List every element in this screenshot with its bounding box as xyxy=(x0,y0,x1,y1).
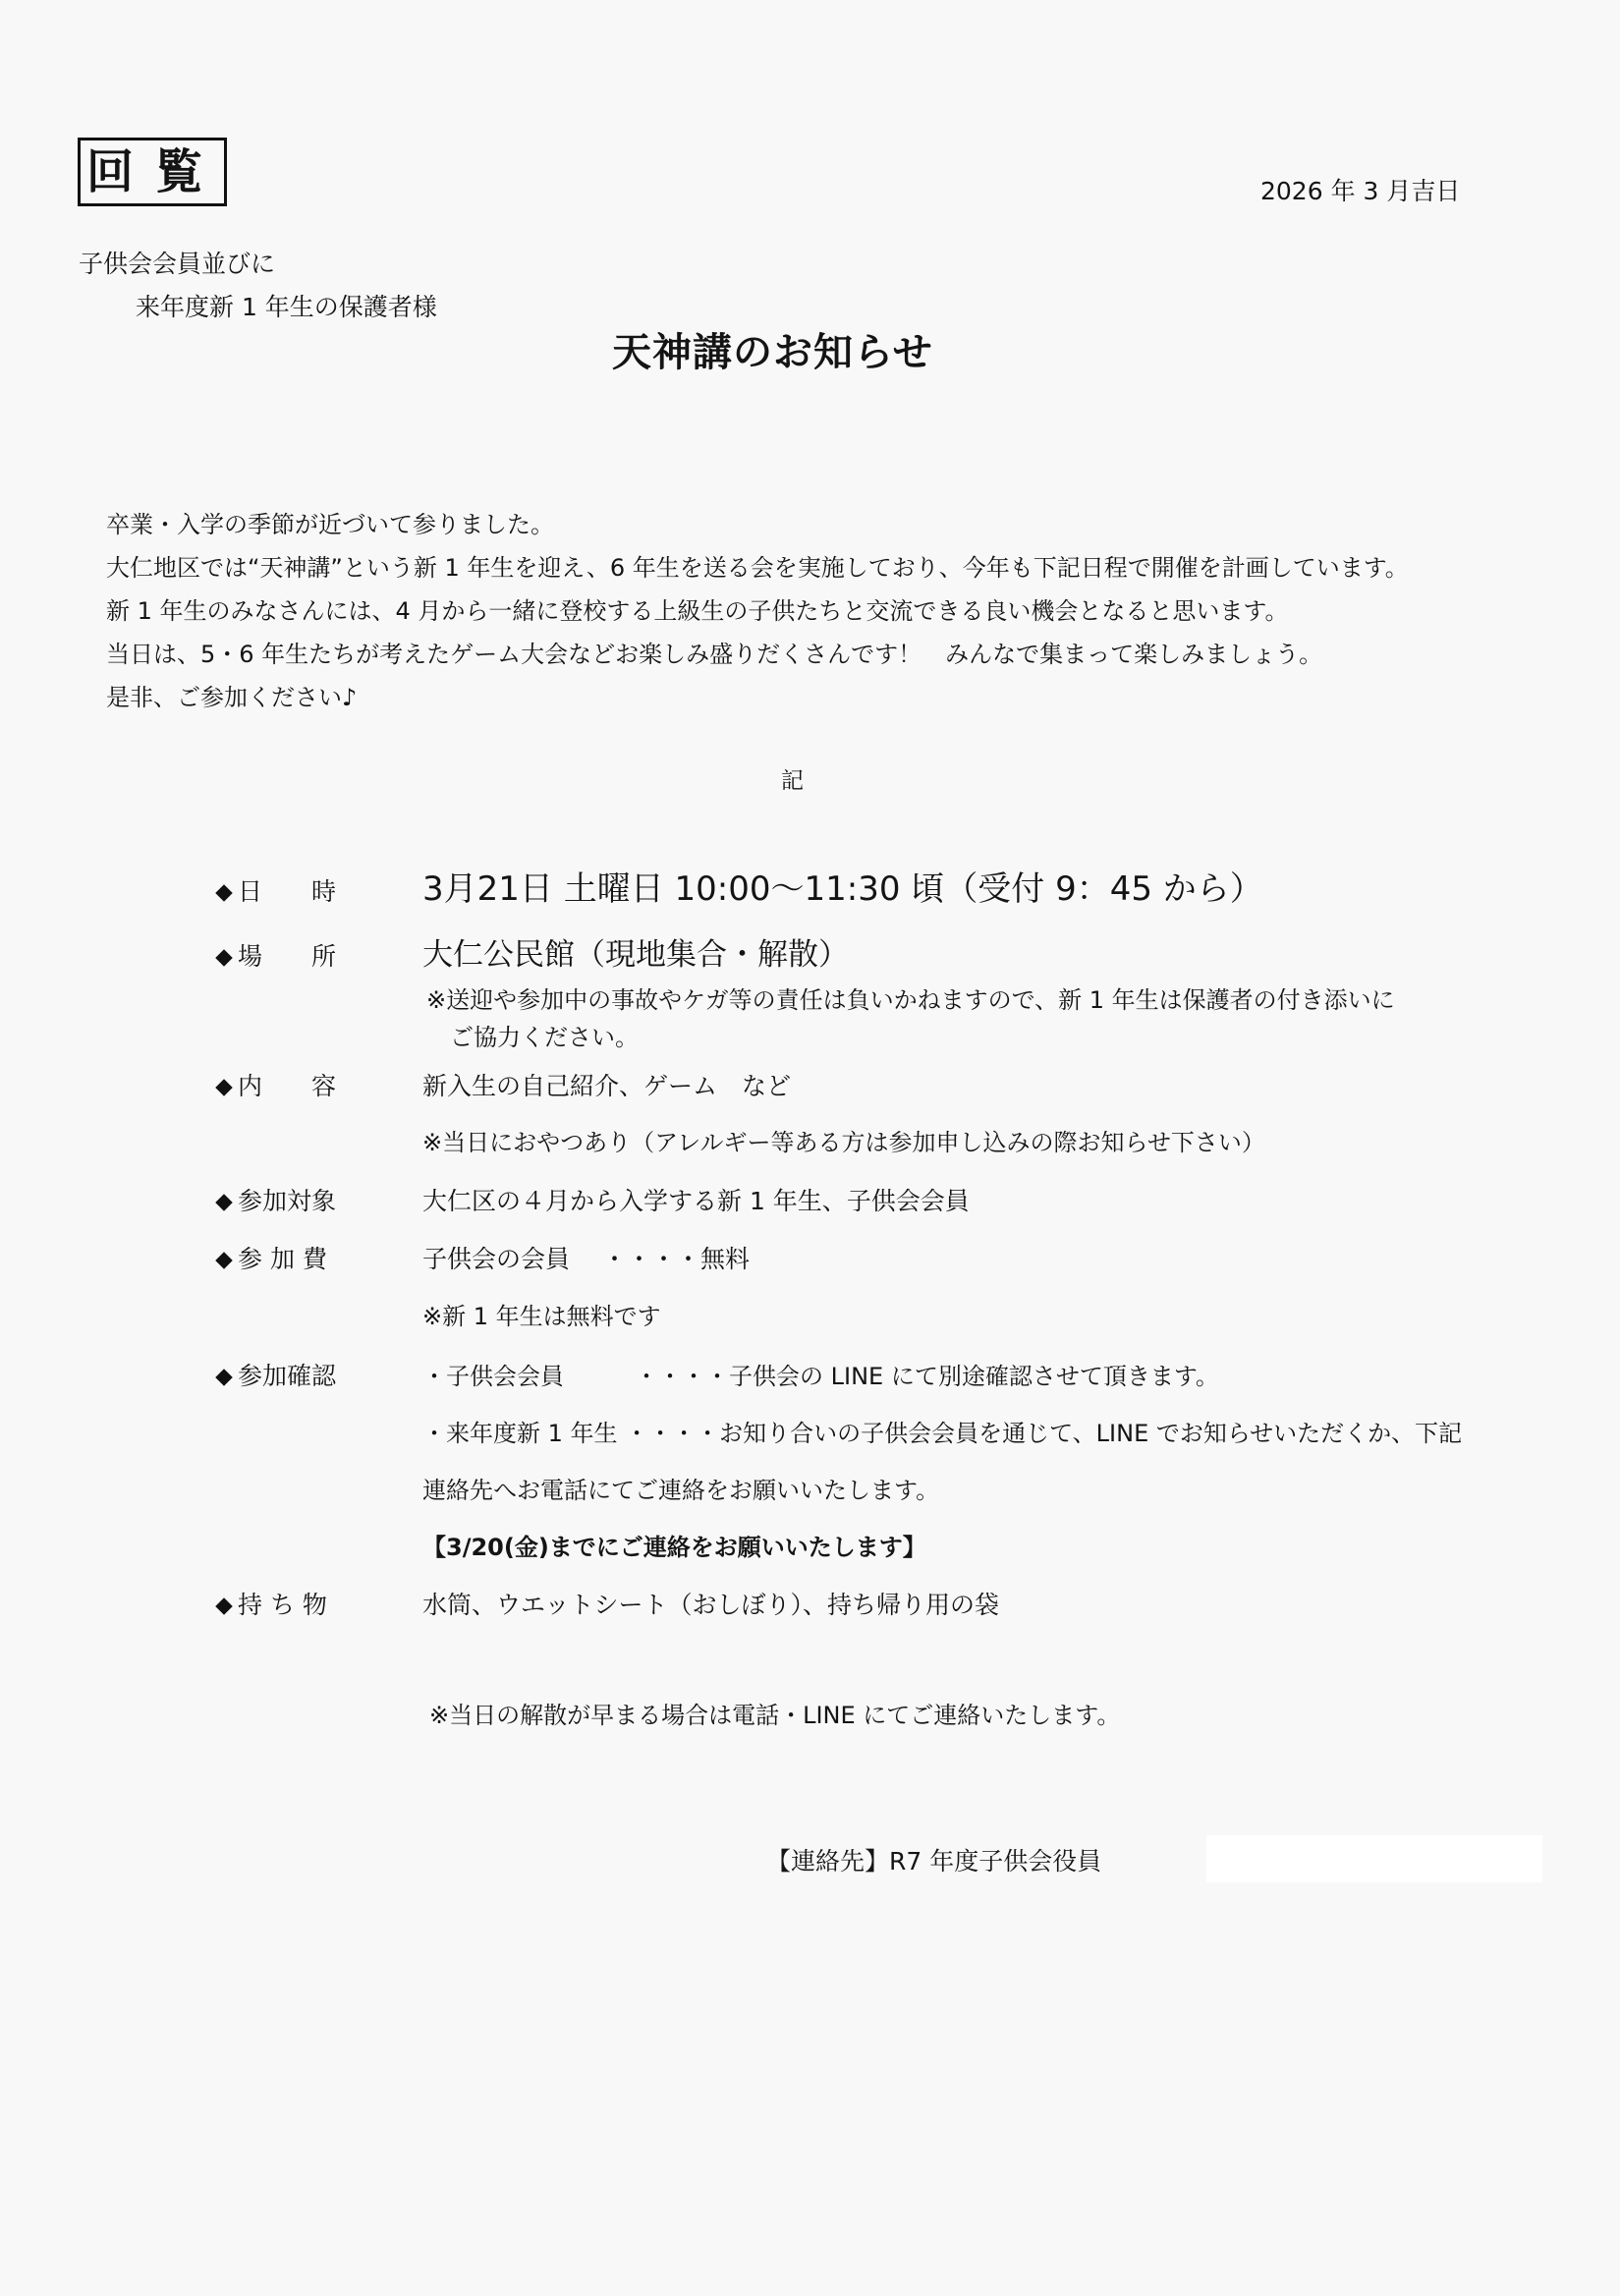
addressee-line-1: 子供会会員並びに xyxy=(79,245,275,280)
circulation-stamp: 回覧 xyxy=(78,138,227,206)
contact-line: 【連絡先】R7 年度子供会役員 xyxy=(766,1842,1101,1877)
detail-label: 参加確認 xyxy=(214,1357,422,1392)
detail-value: 大仁区の４月から入学する新 1 年生、子供会会員 xyxy=(422,1187,970,1215)
diamond-bullet-icon xyxy=(215,949,233,967)
detail-row-datetime: 日 時3月21日 土曜日 10:00～11:30 頃（受付 9：45 から） xyxy=(214,862,1263,910)
page-title: 天神講のお知らせ xyxy=(612,321,933,377)
detail-row-items: 持 ち 物水筒、ウエットシート（おしぼり）、持ち帰り用の袋 xyxy=(214,1586,999,1621)
confirm-line-2: ・来年度新 1 年生 ・・・・お知り合いの子供会会員を通じて、LINE でお知ら… xyxy=(422,1414,1462,1448)
content-note: ※当日におやつあり（アレルギー等ある方は参加申し込みの際お知らせ下さい） xyxy=(422,1123,1265,1157)
detail-row-place: 場 所大仁公民館（現地集合・解散） xyxy=(214,929,849,974)
detail-value: 新入生の自己紹介、ゲーム など xyxy=(422,1072,791,1100)
detail-row-target: 参加対象大仁区の４月から入学する新 1 年生、子供会会員 xyxy=(214,1182,970,1217)
intro-line: 新 1 年生のみなさんには、4 月から一緒に登校する上級生の子供たちと交流できる… xyxy=(106,589,1409,633)
footer-note: ※当日の解散が早まる場合は電話・LINE にてご連絡いたします。 xyxy=(429,1696,1120,1730)
intro-line: 是非、ご参加ください♪ xyxy=(106,676,1409,719)
diamond-bullet-icon xyxy=(215,1597,233,1615)
detail-row-fee: 参 加 費子供会の会員 ・・・・無料 xyxy=(214,1240,750,1275)
detail-value: 子供会の会員 ・・・・無料 xyxy=(422,1245,750,1273)
ki-heading: 記 xyxy=(781,762,804,795)
detail-value: 水筒、ウエットシート（おしぼり）、持ち帰り用の袋 xyxy=(422,1591,999,1619)
issue-date: 2026 年 3 月吉日 xyxy=(1260,172,1460,207)
detail-label: 内 容 xyxy=(214,1067,422,1102)
detail-label: 参 加 費 xyxy=(214,1240,422,1275)
place-note-1: ※送迎や参加中の事故やケガ等の責任は負いかねますので、新 1 年生は保護者の付き… xyxy=(426,980,1395,1015)
addressee-line-2: 来年度新 1 年生の保護者様 xyxy=(136,288,437,323)
detail-label: 場 所 xyxy=(214,937,422,973)
detail-label: 日 時 xyxy=(214,872,422,908)
intro-line: 大仁地区では“天神講”という新 1 年生を迎え、6 年生を送る会を実施しており、… xyxy=(106,546,1409,589)
confirm-line-3: 連絡先へお電話にてご連絡をお願いいたします。 xyxy=(422,1471,939,1505)
diamond-bullet-icon xyxy=(215,884,233,902)
detail-label: 持 ち 物 xyxy=(214,1586,422,1621)
confirm-line-1: ・子供会会員 ・・・・子供会の LINE にて別途確認させて頂きます。 xyxy=(422,1363,1219,1390)
diamond-bullet-icon xyxy=(215,1252,233,1269)
detail-label: 参加対象 xyxy=(214,1182,422,1217)
detail-row-content: 内 容新入生の自己紹介、ゲーム など xyxy=(214,1067,791,1102)
detail-value: 大仁公民館（現地集合・解散） xyxy=(422,937,849,973)
diamond-bullet-icon xyxy=(215,1369,233,1386)
fee-note: ※新 1 年生は無料です xyxy=(422,1297,661,1331)
diamond-bullet-icon xyxy=(215,1194,233,1211)
detail-value: 3月21日 土曜日 10:00～11:30 頃（受付 9：45 から） xyxy=(422,869,1263,909)
intro-line: 当日は、5・6 年生たちが考えたゲーム大会などお楽しみ盛りだくさんです！ みんな… xyxy=(106,633,1409,676)
redacted-contact-box xyxy=(1206,1835,1542,1882)
confirm-deadline: 【3/20(金)までにご連絡をお願いいたします】 xyxy=(422,1528,926,1562)
detail-row-confirm: 参加確認・子供会会員 ・・・・子供会の LINE にて別途確認させて頂きます。 xyxy=(214,1357,1219,1392)
place-note-2: ご協力ください。 xyxy=(450,1018,639,1052)
intro-line: 卒業・入学の季節が近づいて参りました。 xyxy=(106,503,1409,546)
diamond-bullet-icon xyxy=(215,1079,233,1096)
intro-paragraph: 卒業・入学の季節が近づいて参りました。 大仁地区では“天神講”という新 1 年生… xyxy=(106,503,1409,719)
